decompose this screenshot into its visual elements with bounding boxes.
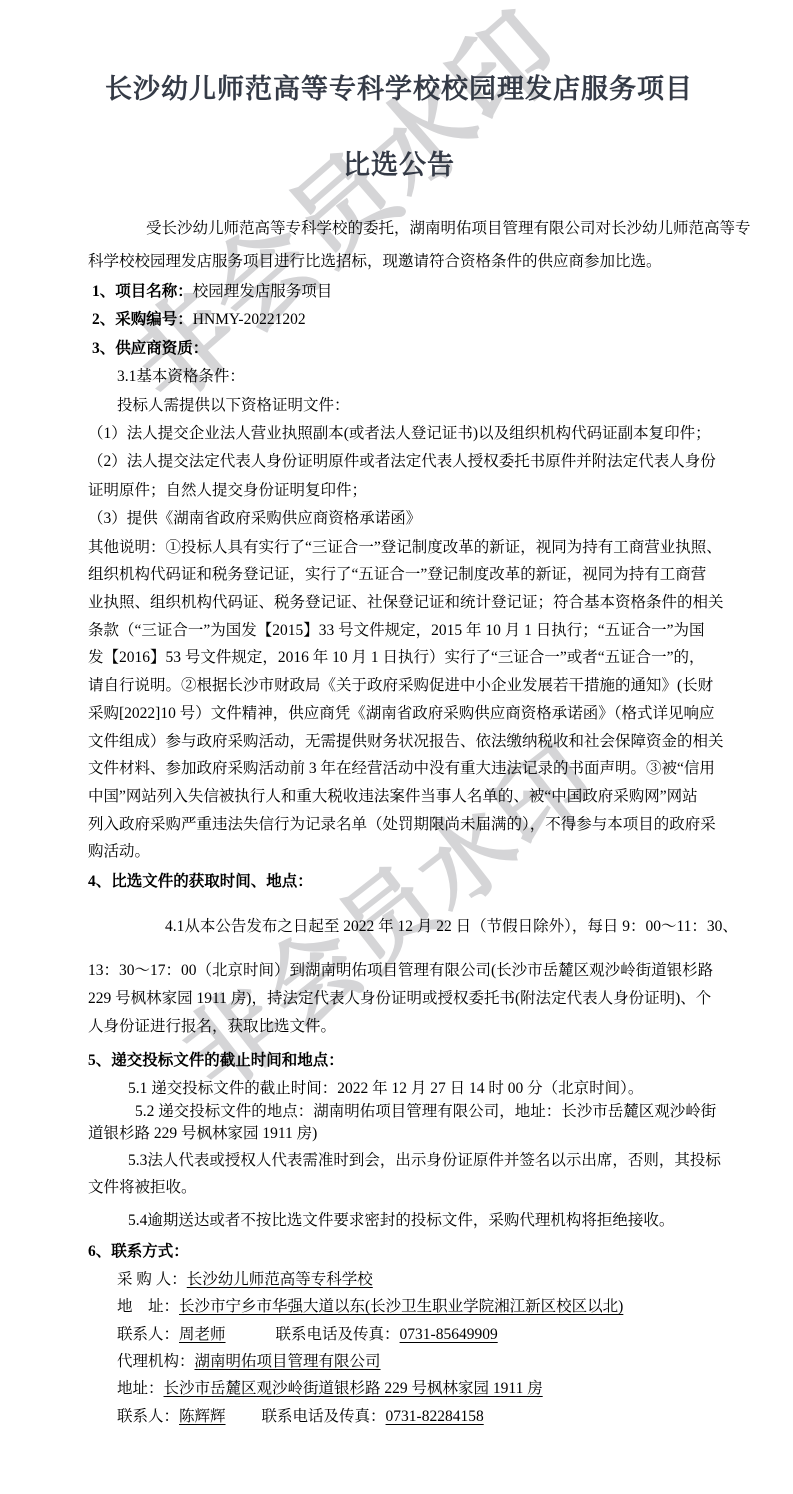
text-line: 文件组成）参与政府采购活动，无需提供财务状况报告、依法缴纳税收和社会保障资金的相… [88, 728, 710, 756]
agency-phone-label: 联系电话及传真： [262, 1408, 386, 1425]
item-project-name-value: 校园理发店服务项目 [193, 283, 333, 300]
agency-contact-label: 联系人： [117, 1408, 179, 1425]
clause-4-1-line1: 4.1从本公告发布之日起至 2022 年 12 月 22 日（节假日除外），每日… [88, 913, 710, 941]
contact-purchaser-address-row: 地 址：长沙市宁乡市华强大道以东(长沙卫生职业学院湘江新区校区以北) [88, 1293, 710, 1320]
item-project-name-label: 1、项目名称： [92, 283, 193, 300]
item-project-name: 1、项目名称：校园理发店服务项目 [88, 278, 710, 306]
heading-document-acquisition: 4、比选文件的获取时间、地点： [88, 868, 710, 896]
clause-5-2: 5.2 递交投标文件的地点：湖南明佑项目管理有限公司，地址：长沙市岳麓区观沙岭街… [88, 1101, 710, 1145]
contact-purchaser-row: 采 购 人：长沙幼儿师范高等专科学校 [88, 1266, 710, 1293]
clause-5-1: 5.1 递交投标文件的截止时间：2022 年 12 月 27 日 14 时 00… [88, 1077, 710, 1101]
purchaser-phone-label: 联系电话及传真： [276, 1326, 400, 1343]
contact-agency-address-row: 地址：长沙市岳麓区观沙岭街道银杉路 229 号枫林家园 1911 房 [88, 1375, 710, 1402]
purchaser-address: 长沙市宁乡市华强大道以东(长沙卫生职业学院湘江新区校区以北) [179, 1298, 623, 1315]
contact-agency-person-row: 联系人：陈辉辉联系电话及传真：0731-82284158 [88, 1403, 710, 1430]
text-line: 文件材料、参加政府采购活动前 3 年在经营活动中没有重大违法记录的书面声明。③被… [88, 755, 710, 783]
text-line: 5.3法人代表或授权人代表需准时到会，出示身份证原件并签名以示出席，否则，其投标 [88, 1147, 710, 1174]
agency-name: 湖南明佑项目管理有限公司 [195, 1353, 381, 1370]
text-line: 科学校校园理发店服务项目进行比选招标，现邀请符合资格条件的供应商参加比选。 [88, 245, 710, 278]
clause-4-1-continued: 13：30～17：00（北京时间）到湖南明佑项目管理有限公司(长沙市岳麓区观沙岭… [88, 957, 710, 1041]
text-line: 组织机构代码证和税务登记证，实行了“五证合一”登记制度改革的新证，视同为持有工商… [88, 561, 710, 589]
text-line: 受长沙幼儿师范高等专科学校的委托，湖南明佑项目管理有限公司对长沙幼儿师范高等专 [88, 212, 710, 245]
text-line: 文件将被拒收。 [88, 1174, 710, 1201]
text-line: 采购[2022]10 号）文件精神，供应商凭《湖南省政府采购供应商资格承诺函》（… [88, 700, 710, 728]
text-line: 业执照、组织机构代码证、税务登记证、社保登记证和统计登记证；符合基本资格条件的相… [88, 589, 710, 617]
agency-contact-name: 陈辉辉 [179, 1408, 226, 1425]
page-title: 长沙幼儿师范高等专科学校校园理发店服务项目 [88, 72, 710, 106]
text-line: （1）法人提交企业法人营业执照副本(或者法人登记证书)以及组织机构代码证副本复印… [88, 420, 710, 448]
purchaser-address-label: 地 址： [117, 1298, 179, 1315]
text-line: 证明原件；自然人提交身份证明复印件； [88, 477, 710, 505]
agency-address-label: 地址： [117, 1380, 164, 1397]
text-line: 13：30～17：00（北京时间）到湖南明佑项目管理有限公司(长沙市岳麓区观沙岭… [88, 957, 710, 985]
agency-phone-number: 0731-82284158 [386, 1408, 484, 1425]
contact-purchaser-person-row: 联系人：周老师联系电话及传真：0731-85649909 [88, 1321, 710, 1348]
page-subtitle: 比选公告 [88, 148, 710, 182]
purchaser-phone-number: 0731-85649909 [400, 1326, 498, 1343]
text-line: （2）法人提交法定代表人身份证明原件或者法定代表人授权委托书原件并附法定代表人身… [88, 448, 710, 476]
heading-contact-info: 6、联系方式： [88, 1239, 710, 1265]
purchaser-contact-label: 联系人： [117, 1326, 179, 1343]
clause-5-4: 5.4逾期送达或者不按比选文件要求密封的投标文件，采购代理机构将拒绝接收。 [88, 1208, 710, 1234]
agency-address: 长沙市岳麓区观沙岭街道银杉路 229 号枫林家园 1911 房 [164, 1380, 543, 1397]
text-line: 中国”网站列入失信被执行人和重大税收违法案件当事人名单的、被“中国政府采购网”网… [88, 783, 710, 811]
text-line: 发【2016】53 号文件规定，2016 年 10 月 1 日执行）实行了“三证… [88, 644, 710, 672]
qualification-requirements: （1）法人提交企业法人营业执照副本(或者法人登记证书)以及组织机构代码证副本复印… [88, 420, 710, 534]
text-line: 其他说明：①投标人具有实行了“三证合一”登记制度改革的新证，视同为持有工商营业执… [88, 534, 710, 562]
text-line: 5.2 递交投标文件的地点：湖南明佑项目管理有限公司，地址：长沙市岳麓区观沙岭街 [88, 1101, 710, 1123]
contact-block: 采 购 人：长沙幼儿师范高等专科学校 地 址：长沙市宁乡市华强大道以东(长沙卫生… [88, 1266, 710, 1430]
purchaser-label: 采 购 人： [117, 1271, 187, 1288]
item-procurement-number-value: HNMY-20221202 [193, 311, 306, 328]
text-line: 条款（“三证合一”为国发【2015】33 号文件规定，2015 年 10 月 1… [88, 617, 710, 645]
clause-5-3: 5.3法人代表或授权人代表需准时到会，出示身份证原件并签名以示出席，否则，其投标… [88, 1147, 710, 1201]
heading-submission-deadline: 5、递交投标文件的截止时间和地点： [88, 1047, 710, 1075]
text-line: （3）提供《湖南省政府采购供应商资格承诺函》 [88, 505, 710, 533]
basic-qualification-heading: 3.1基本资格条件： [88, 363, 710, 391]
item-procurement-number-label: 2、采购编号： [92, 311, 193, 328]
purchaser-name: 长沙幼儿师范高等专科学校 [187, 1271, 373, 1288]
intro-paragraph: 受长沙幼儿师范高等专科学校的委托，湖南明佑项目管理有限公司对长沙幼儿师范高等专科… [88, 212, 710, 278]
announcement-page: { "page": {"width": 793, "height": 1494,… [0, 0, 793, 1494]
text-line: 列入政府采购严重违法失信行为记录名单（处罚期限尚未届满的），不得参与本项目的政府… [88, 811, 710, 839]
agency-label: 代理机构： [117, 1353, 195, 1370]
document-body: 长沙幼儿师范高等专科学校校园理发店服务项目 比选公告 受长沙幼儿师范高等专科学校… [88, 0, 710, 1430]
qualification-docs-intro: 投标人需提供以下资格证明文件： [88, 392, 710, 420]
text-line: 道银杉路 229 号枫林家园 1911 房) [88, 1123, 710, 1145]
numbered-items: 1、项目名称：校园理发店服务项目 2、采购编号：HNMY-20221202 3、… [88, 278, 710, 534]
purchaser-contact-name: 周老师 [179, 1326, 226, 1343]
contact-agency-row: 代理机构：湖南明佑项目管理有限公司 [88, 1348, 710, 1375]
text-line: 229 号枫林家园 1911 房)，持法定代表人身份证明或授权委托书(附法定代表… [88, 985, 710, 1013]
other-notes-paragraph: 其他说明：①投标人具有实行了“三证合一”登记制度改革的新证，视同为持有工商营业执… [88, 534, 710, 866]
item-procurement-number: 2、采购编号：HNMY-20221202 [88, 306, 710, 334]
heading-supplier-qualification: 3、供应商资质： [88, 335, 710, 363]
text-line: 人身份证进行报名，获取比选文件。 [88, 1013, 710, 1041]
text-line: 请自行说明。②根据长沙市财政局《关于政府采购促进中小企业发展若干措施的通知》(长… [88, 672, 710, 700]
text-line: 购活动。 [88, 838, 710, 866]
